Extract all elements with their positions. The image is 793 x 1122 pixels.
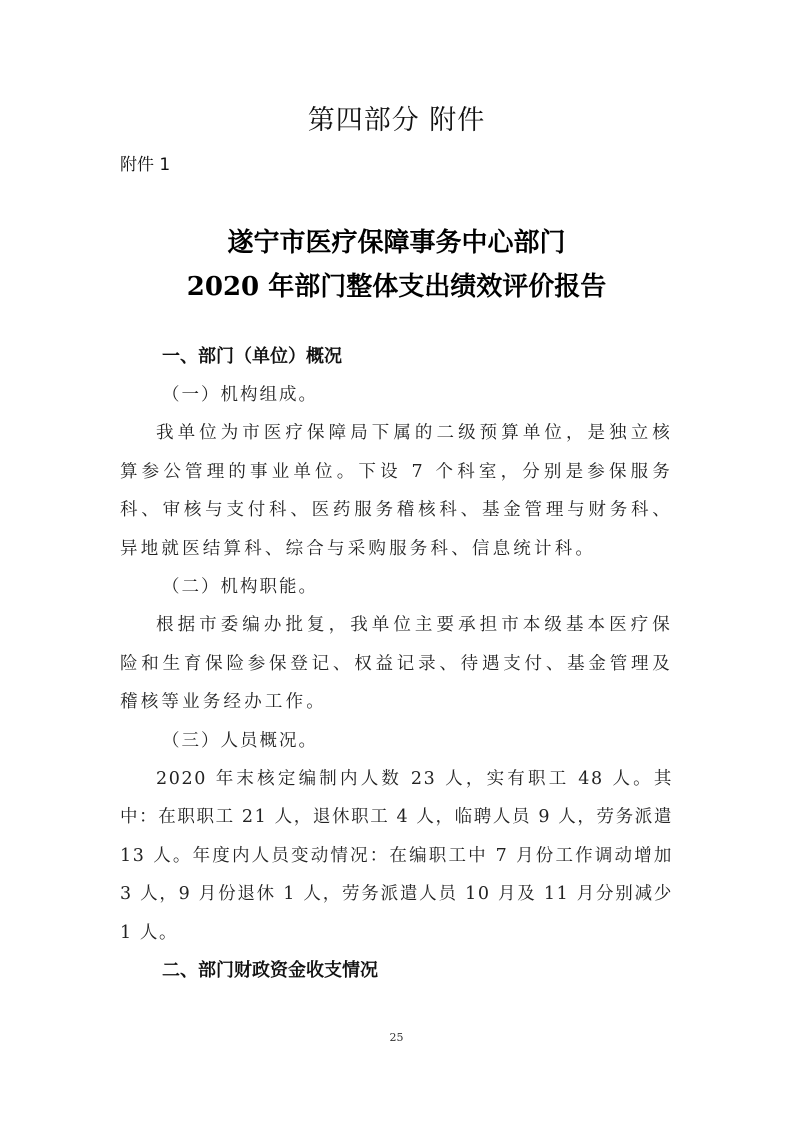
paragraph-composition: 我单位为市医疗保障局下属的二级预算单位，是独立核算参公管理的事业单位。下设 7 … bbox=[120, 414, 673, 568]
section-heading-finance: 二、部门财政资金收支情况 bbox=[120, 952, 673, 990]
page-number: 25 bbox=[0, 1031, 793, 1044]
subsection-title-functions: （二）机构职能。 bbox=[120, 568, 673, 606]
subsection-title-composition: （一）机构组成。 bbox=[120, 376, 673, 414]
attachment-label: 附件 1 bbox=[120, 150, 170, 175]
report-title-line-1: 遂宁市医疗保障事务中心部门 bbox=[0, 222, 793, 259]
paragraph-personnel: 2020 年末核定编制内人数 23 人，实有职工 48 人。其中：在职职工 21… bbox=[120, 760, 673, 953]
report-title-line-2: 2020 年部门整体支出绩效评价报告 bbox=[0, 266, 793, 303]
section-heading-overview: 一、部门（单位）概况 bbox=[120, 338, 673, 376]
paragraph-functions: 根据市委编办批复，我单位主要承担市本级基本医疗保险和生育保险参保登记、权益记录、… bbox=[120, 606, 673, 722]
part-title: 第四部分 附件 bbox=[0, 98, 793, 137]
subsection-title-personnel: （三）人员概况。 bbox=[120, 722, 673, 760]
document-body: 一、部门（单位）概况 （一）机构组成。 我单位为市医疗保障局下属的二级预算单位，… bbox=[120, 338, 673, 990]
